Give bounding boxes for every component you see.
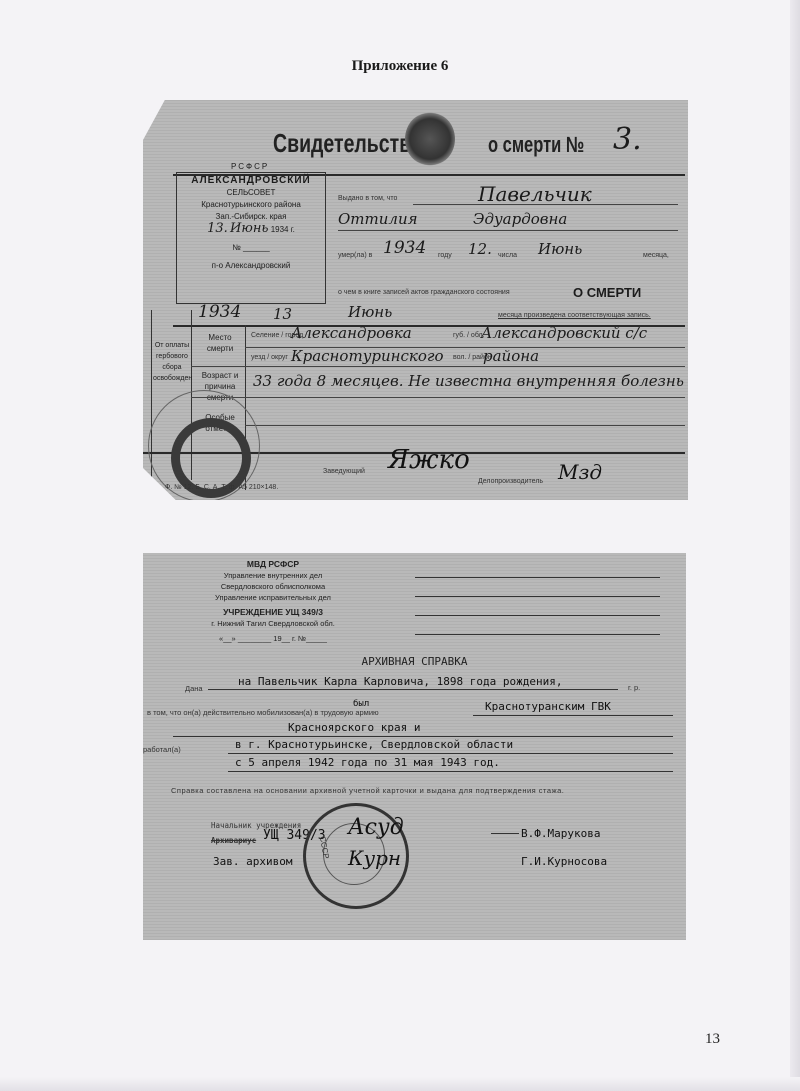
issue-number-label: №	[232, 243, 241, 252]
certificate-heading-right: о смерти №	[488, 132, 584, 158]
place-of-death-label: Место смерти	[195, 332, 245, 354]
soviet-emblem-icon	[405, 112, 455, 166]
divider	[245, 425, 685, 426]
issuer-stamp-box: АЛЕКСАНДРОВСКИЙ СЕЛЬСОВЕТ Краснотурьинск…	[176, 172, 326, 304]
underline	[473, 715, 673, 716]
archive-reference-scan: МВД РСФСР Управление внутренних дел Свер…	[143, 553, 686, 940]
first-name: Оттилия	[338, 210, 418, 228]
blank-line	[415, 577, 660, 578]
issue-month: Июнь	[230, 221, 268, 236]
certificate-number: 3.	[613, 122, 642, 157]
record-text: месяца произведена соответствующая запис…	[498, 312, 651, 319]
book-text: о чем в книге записей актов гражданского…	[338, 289, 510, 296]
republic-label: РСФСР	[231, 162, 269, 171]
fee-exemption-label: От оплаты гербового сбора освобожден	[153, 340, 191, 384]
blank-line	[415, 634, 660, 635]
given-label: Дана	[185, 684, 203, 693]
record-month: Июнь	[348, 303, 392, 321]
page-edge	[790, 0, 800, 1091]
print-info: Ф. № 12. Б. С. А. Т. ф. А5 210×148.	[165, 484, 278, 491]
certificate-heading: Свидетельство	[273, 128, 423, 159]
death-month: Июнь	[538, 240, 582, 258]
underline	[208, 689, 618, 690]
book-type: О СМЕРТИ	[573, 285, 641, 300]
clerk-signature: Мзд	[558, 460, 602, 484]
date-number-line: «__» ________ 19__ г. №_____	[163, 633, 383, 644]
worked-label: работал(а)	[143, 745, 181, 754]
council-name: АЛЕКСАНДРОВСКИЙ	[177, 175, 325, 187]
worked-place-value: в г. Краснотурьинске, Свердловской облас…	[235, 738, 513, 751]
struck-title: Архивариус	[211, 836, 256, 845]
mobilized-by-value: Краснотуранским ГВК	[485, 700, 611, 713]
year-label: году	[438, 252, 452, 259]
issued-label: Выдано в том, что	[338, 195, 397, 202]
divider	[191, 366, 685, 367]
patronymic: Эдуардовна	[473, 210, 567, 228]
header-line: Управление исправительных дел	[163, 592, 383, 603]
issue-day: 13.	[207, 221, 228, 236]
issuer-header: МВД РСФСР Управление внутренних дел Свер…	[163, 559, 383, 644]
basis-text: Справка составлена на основании архивной…	[171, 783, 676, 798]
mobilized-text: в том, что он(а) действительно мобилизов…	[147, 708, 379, 717]
header-line: Свердловского облисполкома	[163, 581, 383, 592]
signature-line	[491, 833, 519, 834]
blank-line	[415, 596, 660, 597]
page-number: 13	[705, 1031, 720, 1048]
header-line: Управление внутренних дел	[163, 570, 383, 581]
work-period-value: с 5 апреля 1942 года по 31 мая 1943 год.	[235, 756, 500, 769]
age-cause-value: 33 года 8 месяцев. Не известна внутрення…	[253, 372, 684, 390]
given-to-value: на Павельчик Карла Карловича, 1898 года …	[238, 675, 563, 688]
death-day: 12.	[468, 240, 492, 258]
birth-suffix: г. р.	[628, 683, 640, 692]
clerk-label: Делопроизводитель	[478, 478, 543, 485]
died-label: умер(ла) в	[338, 252, 372, 259]
ministry: МВД РСФСР	[163, 559, 383, 570]
month-label: месяца,	[643, 252, 669, 259]
volost-value: района	[483, 347, 539, 365]
institution-city: г. Нижний Тагил Свердловской обл.	[163, 618, 383, 629]
underline	[173, 736, 673, 737]
institution: УЧРЕЖДЕНИЕ УЩ 349/3	[163, 607, 383, 618]
surname: Павельчик	[478, 182, 592, 206]
uezd-value: Краснотуринского	[291, 347, 444, 365]
underline	[228, 771, 673, 772]
archive-head-label: Зав. архивом	[213, 855, 292, 868]
underline	[413, 204, 678, 205]
village-value: Александровка	[291, 324, 412, 342]
record-day: 13	[273, 305, 292, 323]
chief-name: В.Ф.Марукова	[521, 827, 600, 840]
issuer-district: Краснотурьинского района	[177, 199, 325, 211]
uezd-label: уезд / округ	[251, 354, 288, 361]
underline	[338, 230, 678, 231]
chief-signature: Асуд	[348, 815, 404, 840]
archive-head-name: Г.И.Курносова	[521, 855, 607, 868]
underline	[228, 753, 673, 754]
page-bottom-edge	[0, 1077, 800, 1091]
document-title: АРХИВНАЯ СПРАВКА	[143, 655, 686, 668]
divider	[191, 397, 685, 398]
record-year: 1934	[198, 302, 241, 322]
head-label: Заведующий	[323, 468, 365, 475]
issuer-location: п-о Александровский	[177, 260, 325, 272]
appendix-title: Приложение 6	[0, 58, 800, 75]
region-value: Красноярского края и	[288, 721, 420, 734]
blank-line	[415, 615, 660, 616]
gubernia-label: губ. / обл.	[453, 332, 485, 339]
issue-year: 1934 г.	[271, 225, 295, 234]
death-year: 1934	[383, 238, 426, 258]
archive-head-signature: Курн	[348, 846, 401, 870]
council-type: СЕЛЬСОВЕТ	[177, 187, 325, 199]
gubernia-value: Александровский с/с	[481, 324, 647, 342]
head-signature: Яжко	[388, 445, 470, 475]
day-label: числа	[498, 252, 517, 259]
death-certificate-scan: Свидетельство о смерти № 3. РСФСР АЛЕКСА…	[143, 100, 688, 500]
